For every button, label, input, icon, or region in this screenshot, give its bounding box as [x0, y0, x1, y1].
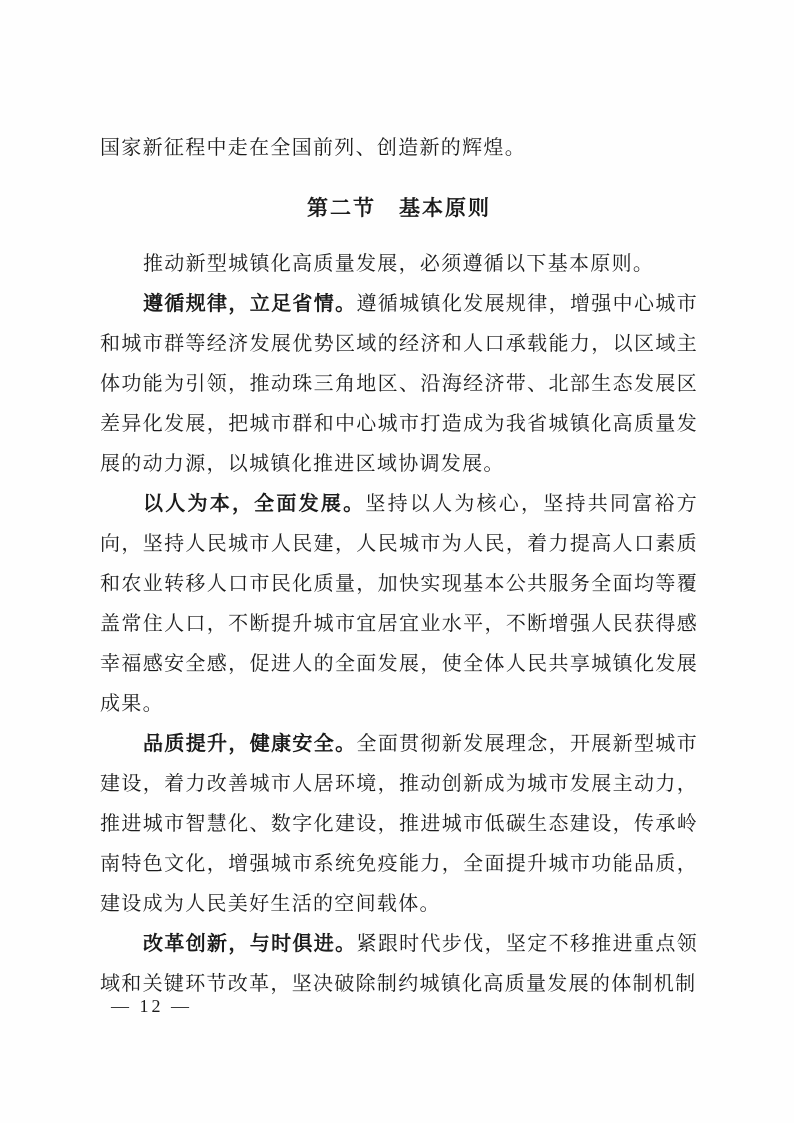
document-page: 国家新征程中走在全国前列、创造新的辉煌。 第二节 基本原则 推动新型城镇化高质量… [0, 0, 794, 1123]
principle-paragraph: 遵循规律，立足省情。遵循城镇化发展规律，增强中心城市和城市群等经济发展优势区域的… [100, 284, 698, 484]
principle-lead: 遵循规律，立足省情。 [143, 293, 356, 315]
principle-lead: 以人为本，全面发展。 [143, 493, 365, 515]
principle-lead: 品质提升，健康安全。 [143, 733, 356, 755]
principle-lead: 改革创新，与时俱进。 [143, 933, 356, 955]
principle-paragraph: 改革创新，与时俱进。紧跟时代步伐，坚定不移推进重点领域和关键环节改革，坚决破除制… [100, 924, 698, 1004]
principle-paragraph: 品质提升，健康安全。全面贯彻新发展理念，开展新型城市建设，着力改善城市人居环境，… [100, 724, 698, 924]
page-body: 国家新征程中走在全国前列、创造新的辉煌。 第二节 基本原则 推动新型城镇化高质量… [100, 128, 698, 1004]
intro-paragraph: 推动新型城镇化高质量发展，必须遵循以下基本原则。 [100, 244, 698, 284]
principle-body: 坚持以人为核心，坚持共同富裕方向，坚持人民城市人民建，人民城市为人民，着力提高人… [100, 493, 698, 715]
page-number: — 12 — [111, 996, 192, 1017]
principle-paragraph: 以人为本，全面发展。坚持以人为核心，坚持共同富裕方向，坚持人民城市人民建，人民城… [100, 484, 698, 724]
principle-body: 全面贯彻新发展理念，开展新型城市建设，着力改善城市人居环境，推动创新成为城市发展… [100, 733, 698, 915]
principle-body: 遵循城镇化发展规律，增强中心城市和城市群等经济发展优势区域的经济和人口承载能力，… [100, 293, 698, 475]
continuation-paragraph: 国家新征程中走在全国前列、创造新的辉煌。 [100, 128, 698, 168]
section-heading: 第二节 基本原则 [100, 188, 698, 228]
